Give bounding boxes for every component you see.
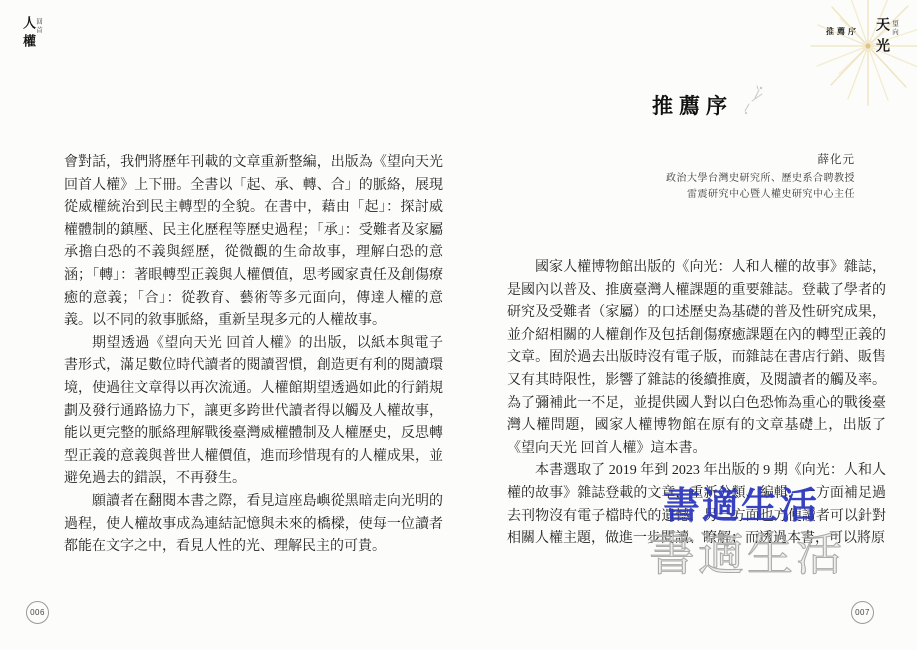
paragraph: 國家人權博物館出版的《向光：人和人權的故事》雜誌，是國內以普及、推廣臺灣人權課題… xyxy=(507,257,886,460)
page-number-right: 007 xyxy=(851,601,874,624)
sunburst-icon xyxy=(806,0,917,109)
right-running-head-subtitle: 望向 xyxy=(890,20,899,37)
paragraph: 願讀者在翻閱本書之際，看見這座島嶼從黑暗走向光明的過程，使人權故事成為連結記憶與… xyxy=(64,491,443,559)
page-number-left: 006 xyxy=(26,601,49,624)
sparkle-icon xyxy=(737,84,771,118)
author-title-line1: 政治大學台灣史研究所、歷史系合聘教授 xyxy=(666,171,855,187)
watermark-outline: 書適生活 xyxy=(649,518,845,584)
book-spread: 人權 回首 推薦序 天光 望向 xyxy=(0,0,917,650)
author-title-line2: 雷震研究中心暨人權史研究中心主任 xyxy=(666,187,855,203)
page-title: 推薦序 xyxy=(652,90,733,120)
right-running-head-title: 天光 xyxy=(871,17,891,59)
paragraph: 會對話，我們將歷年刊載的文章重新整編，出版為《望向天光 回首人權》上下冊。全書以… xyxy=(64,152,443,333)
left-page-body: 會對話，我們將歷年刊載的文章重新整編，出版為《望向天光 回首人權》上下冊。全書以… xyxy=(64,152,443,559)
author-block: 薛化元 政治大學台灣史研究所、歷史系合聘教授 雷震研究中心暨人權史研究中心主任 xyxy=(666,151,855,202)
paragraph: 期望透過《望向天光 回首人權》的出版，以紙本與電子書形式，滿足數位時代讀者的閱讀… xyxy=(64,333,443,491)
left-running-head-subtitle: 回首 xyxy=(34,18,43,35)
author-name: 薛化元 xyxy=(666,151,855,167)
